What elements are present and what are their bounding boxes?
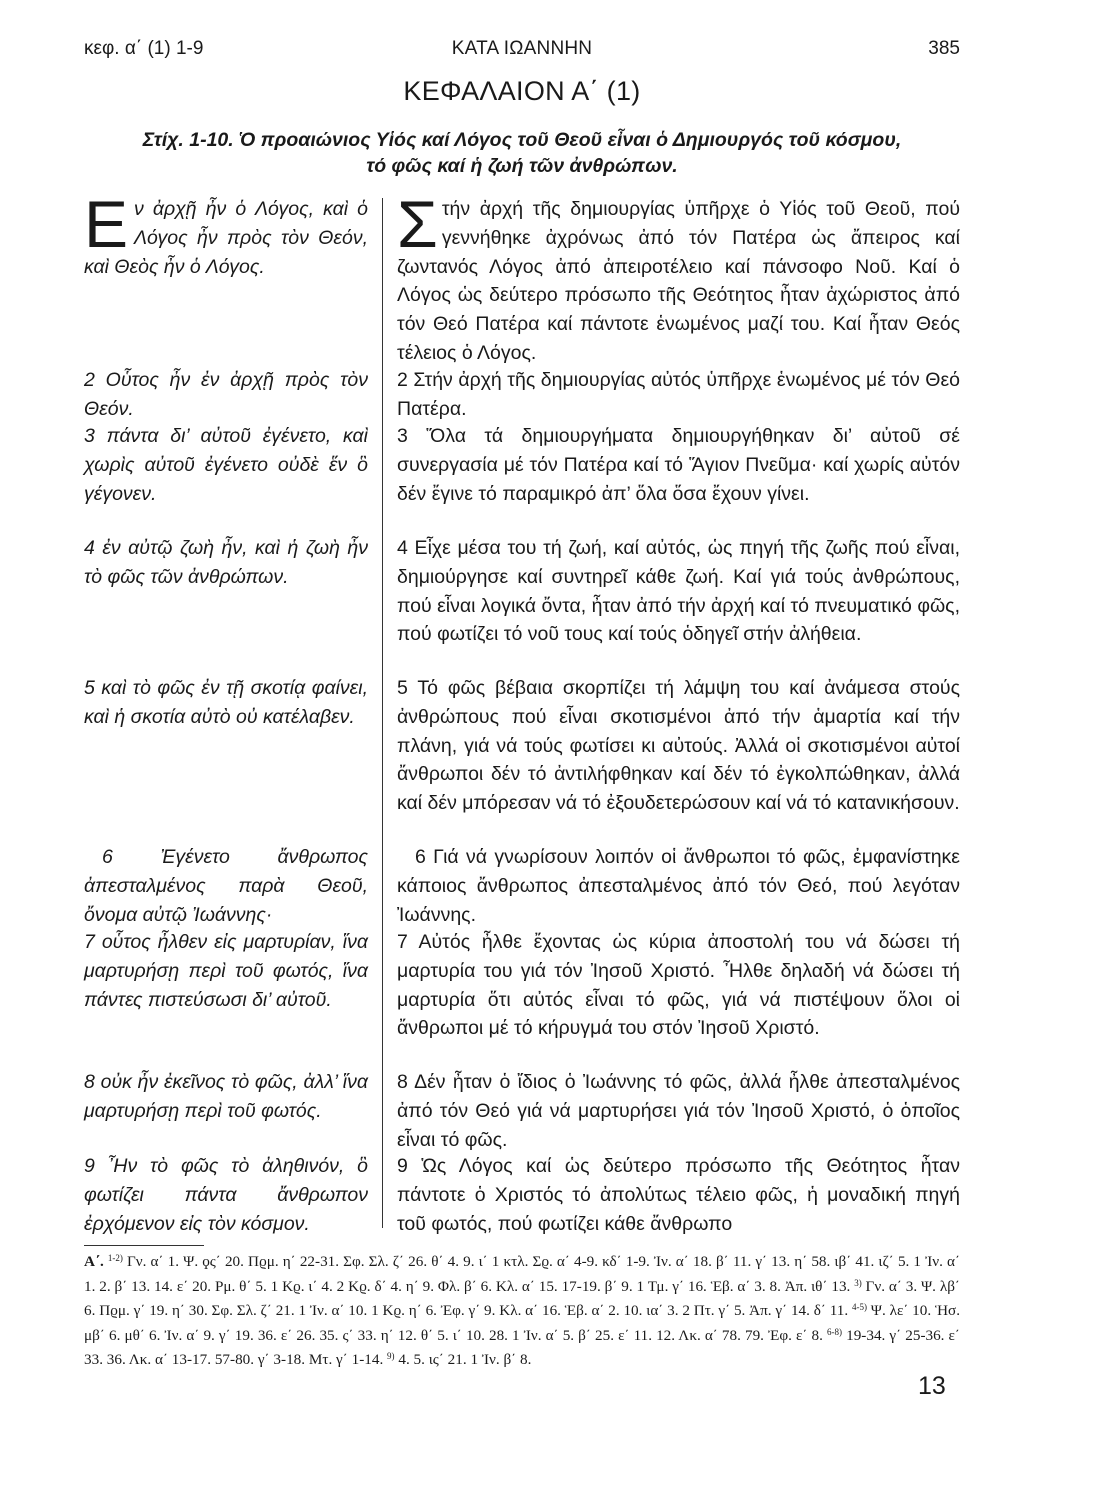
- page-number-bottom: 13: [918, 1372, 946, 1401]
- footnotes: Α΄. 1-2) Γν. α΄ 1. Ψ. ϙς΄ 20. Πϱμ. η΄ 22…: [84, 1248, 960, 1371]
- footnote-marker: 1-2): [108, 1253, 123, 1263]
- original-text-v9: 9 Ἦν τὸ φῶς τὸ ἀληθινόν, ὃ φωτίζει πάντα…: [84, 1152, 368, 1238]
- commentary-v8: 8 Δέν ἦταν ὁ ἴδιος ὁ Ἰωάννης τό φῶς, ἀλλ…: [397, 1068, 960, 1154]
- commentary-v2: 2 Στήν ἀρχή τῆς δημιουργίας αὐτός ὑπῆρχε…: [397, 366, 960, 424]
- original-text-v6: 6 Ἐγένετο ἄνθρωπος ἀπεσταλμένος παρὰ Θεο…: [84, 843, 368, 929]
- commentary-v7: 7 Αὐτός ἦλθε ἔχοντας ὡς κύρια ἀποστολή τ…: [397, 928, 960, 1043]
- original-text-v3: 3 πάντα δι’ αὐτοῦ ἐγένετο, καὶ χωρὶς αὐτ…: [84, 422, 368, 508]
- footnote-marker: 3): [854, 1278, 862, 1288]
- original-text-v1: Εν ἀρχῇ ἦν ὁ Λόγος, καὶ ὁ Λόγος ἦν πρὸς …: [84, 195, 368, 281]
- book-page: κεφ. α΄ (1) 1-9 ΚΑΤΑ ΙΩΑΝΝΗΝ 385 ΚΕΦΑΛΑΙ…: [0, 0, 1103, 1497]
- column-divider: [382, 198, 383, 1228]
- commentary-v5: 5 Τό φῶς βέβαια σκορπίζει τή λάμψη του κ…: [397, 674, 960, 818]
- footnote-marker: 4-5): [852, 1302, 867, 1312]
- drop-cap: Ε: [84, 198, 128, 250]
- book-title: ΚΑΤΑ ΙΩΑΝΝΗΝ: [84, 38, 960, 60]
- commentary-v6: 6 Γιά νά γνωρίσουν λοιπόν οἱ ἄνθρωποι τό…: [397, 843, 960, 929]
- commentary-v1: Στήν ἀρχή τῆς δημιουργίας ὑπῆρχε ὁ Υἱός …: [397, 195, 960, 368]
- section-heading-line-1: Στίχ. 1-10. Ὁ προαιώνιος Υἱός καί Λόγος …: [84, 127, 960, 153]
- original-text-v8: 8 οὐκ ἦν ἐκεῖνος τὸ φῶς, ἀλλ’ ἵνα μαρτυρ…: [84, 1068, 368, 1126]
- original-text-v7: 7 οὗτος ἦλθεν εἰς μαρτυρίαν, ἵνα μαρτυρή…: [84, 928, 368, 1014]
- commentary-v3: 3 Ὅλα τά δημιουργήματα δημιουργήθηκαν δι…: [397, 422, 960, 508]
- footnote-marker: 9): [387, 1351, 395, 1361]
- chapter-title: ΚΕΦΑΛΑΙΟΝ Α΄ (1): [84, 76, 960, 107]
- footnote-rule: [84, 1245, 204, 1246]
- running-head: κεφ. α΄ (1) 1-9 ΚΑΤΑ ΙΩΑΝΝΗΝ 385: [84, 38, 960, 62]
- original-text-v4: 4 ἐν αὐτῷ ζωὴ ἦν, καὶ ἡ ζωὴ ἦν τὸ φῶς τῶ…: [84, 534, 368, 592]
- original-text-v5: 5 καὶ τὸ φῶς ἐν τῇ σκοτίᾳ φαίνει, καὶ ἡ …: [84, 674, 368, 732]
- page-number-top: 385: [928, 38, 960, 60]
- original-text-v2: 2 Οὗτος ἦν ἐν ἀρχῇ πρὸς τὸν Θεόν.: [84, 366, 368, 424]
- section-heading: Στίχ. 1-10. Ὁ προαιώνιος Υἱός καί Λόγος …: [84, 127, 960, 179]
- footnote-refs: Γν. α΄ 1. Ψ. ϙς΄ 20. Πϱμ. η΄ 22-31. Σφ. …: [84, 1253, 960, 1295]
- footnote-refs: 4. 5. ις΄ 21. 1 Ἰν. β΄ 8.: [395, 1351, 532, 1368]
- section-heading-line-2: τό φῶς καί ἡ ζωή τῶν ἀνθρώπων.: [84, 153, 960, 179]
- commentary-v9: 9 Ὡς Λόγος καί ὡς δεύτερο πρόσωπο τῆς Θε…: [397, 1152, 960, 1238]
- footnote-marker: 6-8): [827, 1327, 842, 1337]
- commentary-v4: 4 Εἶχε μέσα του τή ζωή, καί αὐτός, ὡς πη…: [397, 534, 960, 649]
- drop-cap: Σ: [397, 198, 438, 250]
- footnote-label: Α΄.: [84, 1253, 104, 1270]
